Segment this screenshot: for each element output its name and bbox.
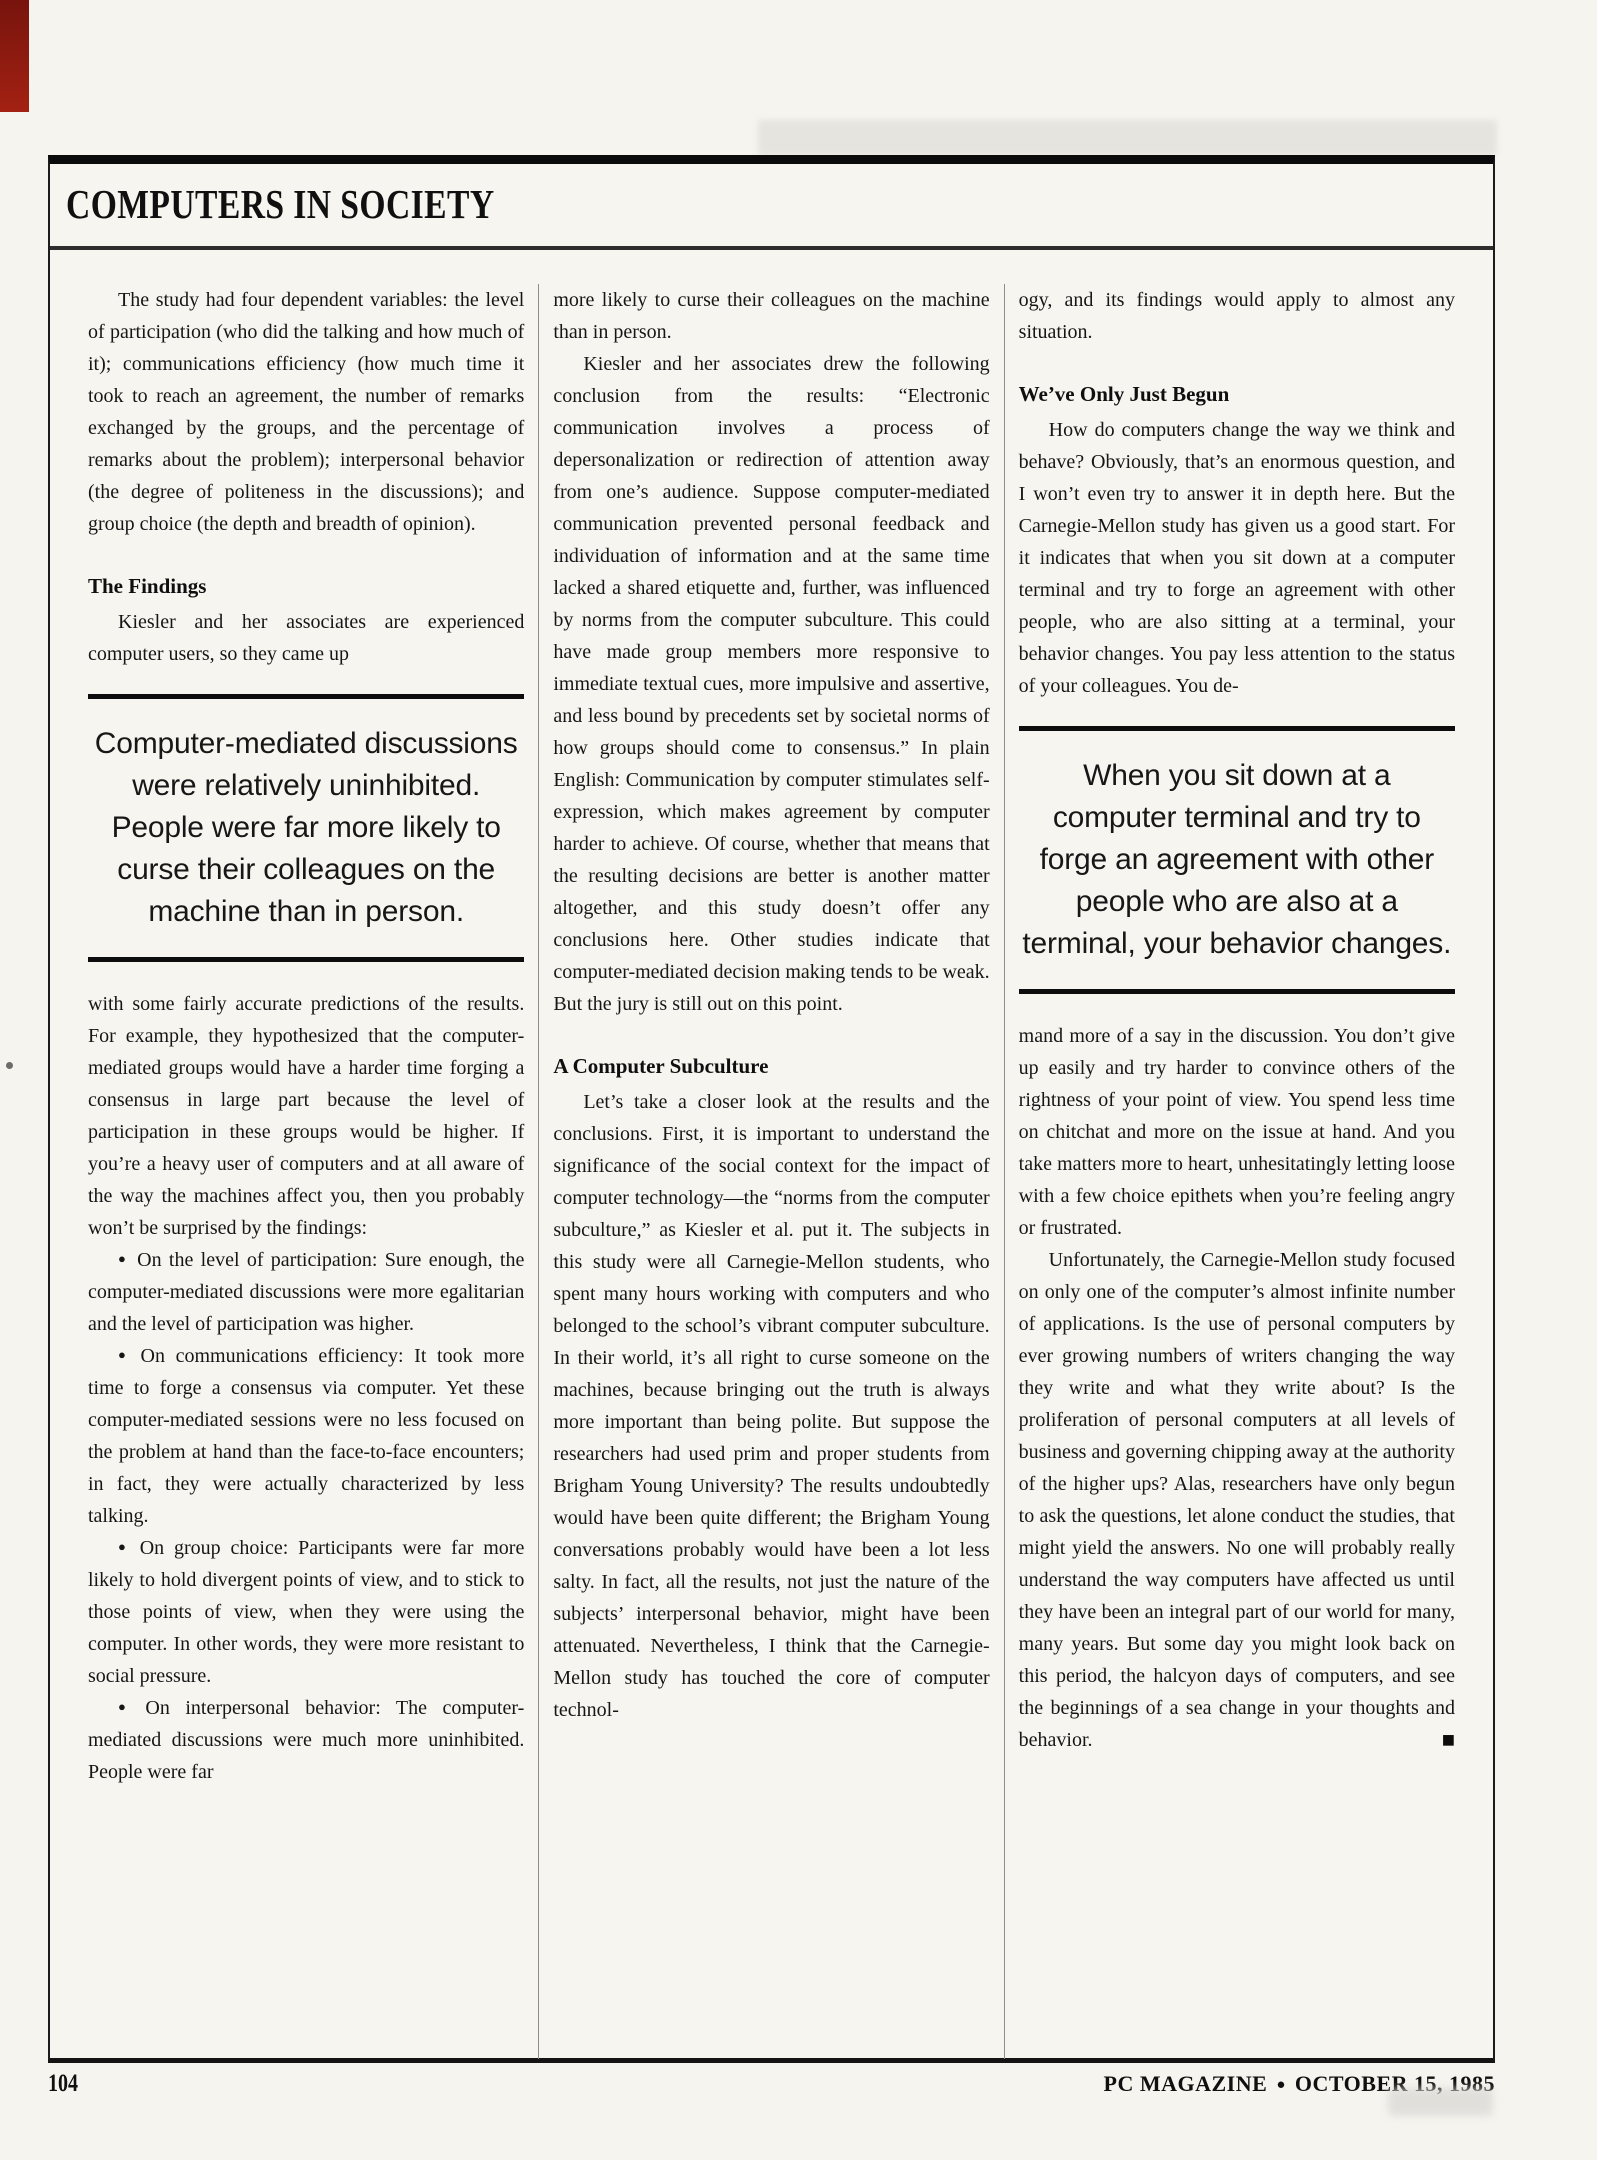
bullet-item: ●On interpersonal behavior: The computer… — [88, 1692, 524, 1788]
margin-speck — [6, 1062, 13, 1069]
bullet-item: ●On the level of participation: Sure eno… — [88, 1244, 524, 1340]
scan-artifact-band — [758, 120, 1497, 156]
paragraph: How do computers change the way we think… — [1019, 414, 1455, 702]
paragraph: Kiesler and her associates drew the foll… — [553, 348, 989, 1020]
bullet-separator-icon: ● — [1276, 2077, 1286, 2094]
paragraph: Kiesler and her associates are experienc… — [88, 606, 524, 670]
paragraph-text: Unfortunately, the Carnegie-Mellon study… — [1019, 1249, 1455, 1751]
pull-quote: Computer-mediated discussions were relat… — [88, 694, 524, 962]
bullet-text: On communications efficiency: It took mo… — [88, 1345, 524, 1527]
magazine-scan-page: { "header": { "title": "COMPUTERS IN SOC… — [0, 0, 1597, 2160]
section-heading: The Findings — [88, 570, 524, 602]
pull-quote: When you sit down at a computer terminal… — [1019, 726, 1455, 994]
paragraph: The study had four dependent variables: … — [88, 284, 524, 540]
bullet-text: On group choice: Participants were far m… — [88, 1537, 524, 1687]
paragraph: Let’s take a closer look at the results … — [553, 1086, 989, 1726]
bullet-text: On the level of participation: Sure enou… — [88, 1249, 524, 1335]
paragraph: with some fairly accurate predictions of… — [88, 988, 524, 1244]
column-masthead: COMPUTERS IN SOCIETY — [50, 164, 1493, 250]
bullet-text: On interpersonal behavior: The computer-… — [88, 1697, 524, 1783]
section-heading: A Computer Subculture — [553, 1050, 989, 1082]
bullet-icon: ● — [118, 1539, 140, 1554]
column-3: ogy, and its findings would apply to alm… — [1004, 284, 1469, 2059]
red-corner-print-mark — [0, 0, 29, 112]
end-of-article-icon: ■ — [1412, 1724, 1455, 1756]
bullet-item: ●On group choice: Participants were far … — [88, 1532, 524, 1692]
article-columns: The study had four dependent variables: … — [50, 250, 1493, 2059]
page-number: 104 — [48, 2070, 78, 2098]
article-frame: COMPUTERS IN SOCIETY The study had four … — [48, 155, 1495, 2063]
section-title: COMPUTERS IN SOCIETY — [66, 180, 495, 228]
paragraph: ogy, and its findings would apply to alm… — [1019, 284, 1455, 348]
bullet-icon: ● — [118, 1699, 145, 1714]
paragraph: mand more of a say in the discussion. Yo… — [1019, 1020, 1455, 1244]
page-footer: 104 PC MAGAZINE ● OCTOBER 15, 1985 — [48, 2070, 1495, 2104]
section-heading: We’ve Only Just Begun — [1019, 378, 1455, 410]
bullet-icon: ● — [118, 1347, 141, 1362]
paragraph: more likely to curse their colleagues on… — [553, 284, 989, 348]
column-2: more likely to curse their colleagues on… — [538, 284, 1003, 2059]
scan-smudge — [1388, 2088, 1493, 2116]
bullet-item: ●On communications efficiency: It took m… — [88, 1340, 524, 1532]
magazine-name: PC MAGAZINE — [1104, 2071, 1268, 2097]
column-1: The study had four dependent variables: … — [74, 284, 538, 2059]
bullet-icon: ● — [118, 1251, 137, 1266]
paragraph: Unfortunately, the Carnegie-Mellon study… — [1019, 1244, 1455, 1756]
